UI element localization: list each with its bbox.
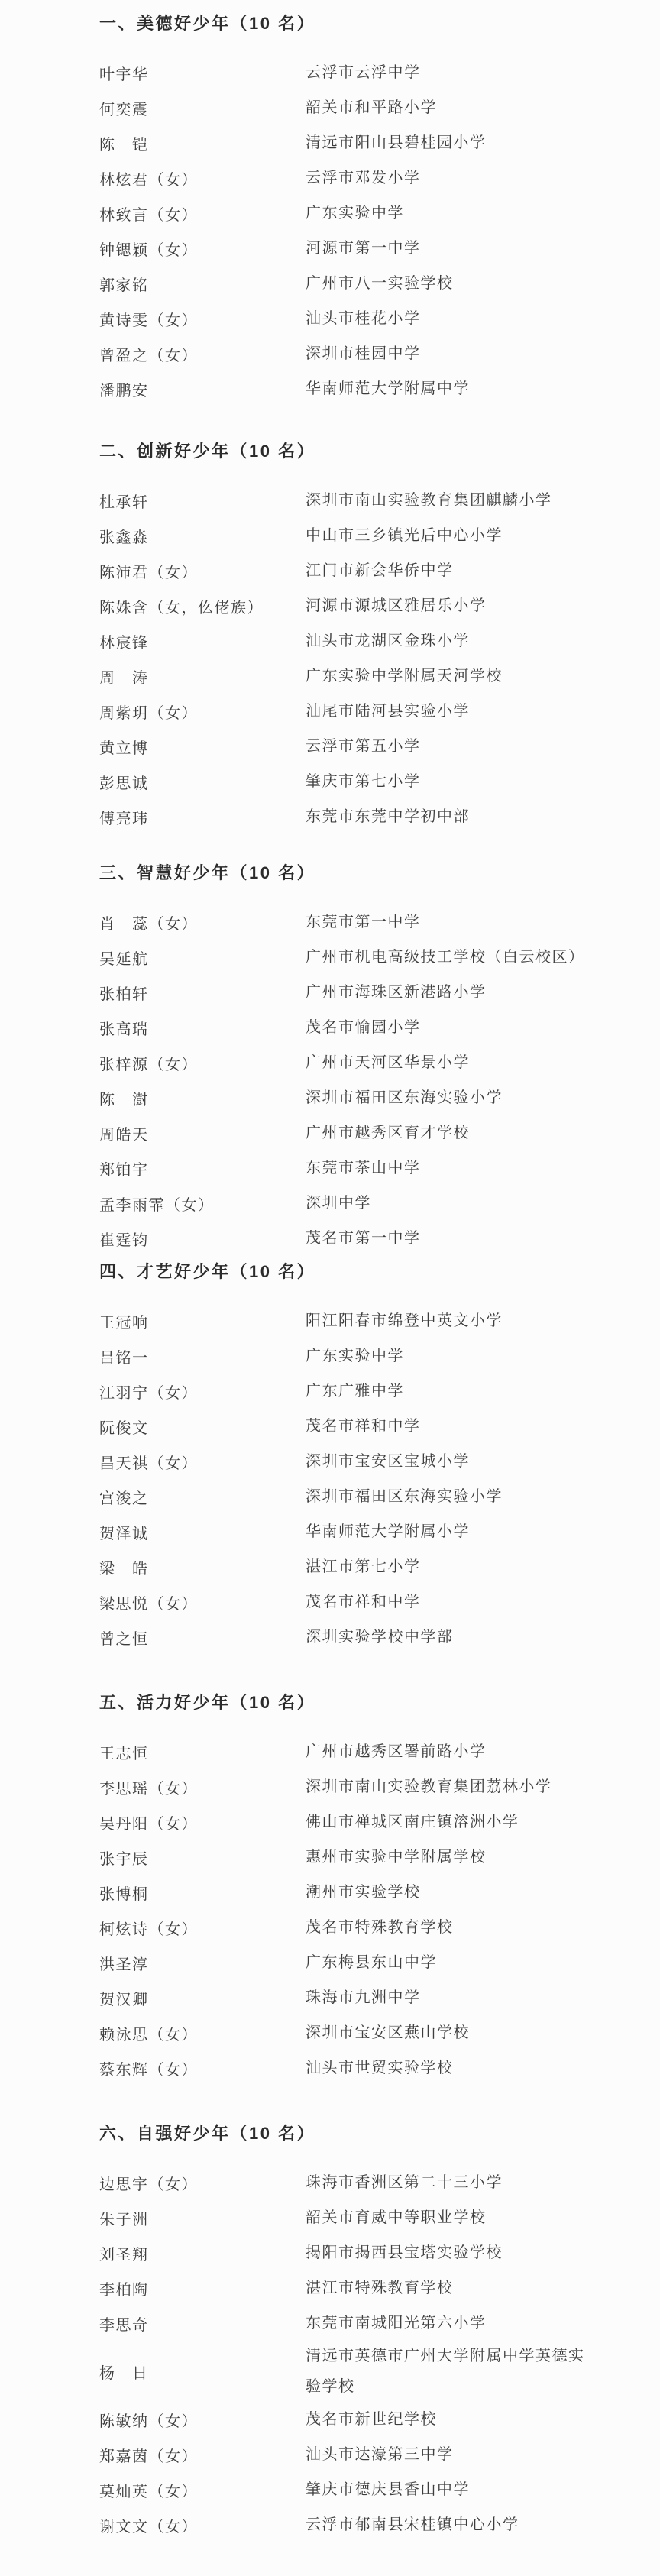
award-entry: 陈姝含（女，仫佬族）河源市源城区雅居乐小学 (99, 588, 622, 623)
student-name: 昌天祺（女） (99, 1451, 306, 1473)
section-entries: 叶宇华云浮市云浮中学何奕震韶关市和平路小学陈 铠清远市阳山县碧桂园小学林炫君（女… (99, 55, 622, 406)
award-section-3: 三、智慧好少年（10 名）肖 蕊（女）东莞市第一中学吴延航广州市机电高级技工学校… (99, 862, 622, 1256)
student-name: 傅亮玮 (99, 806, 306, 828)
student-name: 周 涛 (99, 665, 306, 688)
student-school: 惠州市实验中学附属学校 (306, 1842, 487, 1872)
award-entry: 周 涛广东实验中学附属天河学校 (99, 659, 622, 694)
award-entry: 吴延航广州市机电高级技工学校（白云校区） (99, 940, 622, 975)
student-school: 东莞市茶山中学 (306, 1153, 421, 1183)
student-name: 何奕震 (99, 97, 306, 119)
student-school: 清远市阳山县碧桂园小学 (306, 128, 487, 158)
award-entry: 赖泳思（女）深圳市宝安区燕山学校 (99, 2015, 622, 2050)
award-entry: 柯炫诗（女）茂名市特殊教育学校 (99, 1910, 622, 1945)
section-entries: 杜承轩深圳市南山实验教育集团麒麟小学张鑫淼中山市三乡镇光后中心小学陈沛君（女）江… (99, 483, 622, 834)
student-school: 广州市海珠区新港路小学 (306, 977, 487, 1008)
student-name: 李思瑶（女） (99, 1776, 306, 1798)
student-school: 云浮市郁南县宋桂镇中心小学 (306, 2510, 519, 2540)
student-name: 贺泽诚 (99, 1521, 306, 1543)
student-school: 茂名市祥和中学 (306, 1587, 421, 1617)
section-entries: 边思宇（女）珠海市香洲区第二十三小学朱子洲韶关市育威中等职业学校刘圣翔揭阳市揭西… (99, 2165, 622, 2542)
student-name: 李柏陶 (99, 2277, 306, 2299)
award-entry: 贺泽诚华南师范大学附属小学 (99, 1514, 622, 1549)
award-entry: 曾盈之（女）深圳市桂园中学 (99, 336, 622, 371)
student-school: 汕尾市陆河县实验小学 (306, 696, 470, 727)
award-entry: 崔霆钧茂名市第一中学 (99, 1221, 622, 1256)
award-entry: 杨 日清远市英德市广州大学附属中学英德实验学校 (99, 2341, 622, 2402)
student-name: 王冠响 (99, 1310, 306, 1332)
student-name: 杨 日 (99, 2361, 306, 2383)
award-entry: 张宇辰惠州市实验中学附属学校 (99, 1840, 622, 1875)
student-school: 广东实验中学附属天河学校 (306, 661, 503, 691)
student-name: 曾之恒 (99, 1626, 306, 1649)
student-school: 云浮市云浮中学 (306, 57, 421, 88)
student-school: 清远市英德市广州大学附属中学英德实验学校 (306, 2341, 590, 2402)
student-name: 刘圣翔 (99, 2242, 306, 2264)
award-entry: 孟李雨霏（女）深圳中学 (99, 1186, 622, 1221)
student-school: 茂名市第一中学 (306, 1223, 421, 1254)
student-school: 阳江阳春市绵登中英文小学 (306, 1306, 503, 1336)
section-entries: 王冠响阳江阳春市绵登中英文小学吕铭一广东实验中学江羽宁（女）广东广雅中学阮俊文茂… (99, 1303, 622, 1655)
student-name: 边思宇（女） (99, 2172, 306, 2194)
student-name: 谢文文（女） (99, 2514, 306, 2536)
student-school: 云浮市第五小学 (306, 731, 421, 762)
award-entry: 边思宇（女）珠海市香洲区第二十三小学 (99, 2165, 622, 2200)
award-entry: 郑铂宇东莞市茶山中学 (99, 1150, 622, 1186)
award-entry: 周皓天广州市越秀区育才学校 (99, 1115, 622, 1150)
section-heading: 一、美德好少年（10 名） (99, 12, 622, 35)
student-school: 深圳实验学校中学部 (306, 1622, 454, 1652)
student-name: 江羽宁（女） (99, 1380, 306, 1403)
award-entry: 张梓源（女）广州市天河区华景小学 (99, 1045, 622, 1080)
award-entry: 彭思诚肇庆市第七小学 (99, 764, 622, 799)
student-name: 周紫玥（女） (99, 701, 306, 723)
student-name: 阮俊文 (99, 1416, 306, 1438)
student-school: 河源市第一中学 (306, 233, 421, 264)
award-entry: 昌天祺（女）深圳市宝安区宝城小学 (99, 1444, 622, 1479)
award-section-6: 六、自强好少年（10 名）边思宇（女）珠海市香洲区第二十三小学朱子洲韶关市育威中… (99, 2122, 622, 2542)
award-entry: 林致言（女）广东实验中学 (99, 196, 622, 231)
award-section-1: 一、美德好少年（10 名）叶宇华云浮市云浮中学何奕震韶关市和平路小学陈 铠清远市… (99, 12, 622, 406)
student-name: 蔡东辉（女） (99, 2057, 306, 2079)
student-name: 张高瑞 (99, 1017, 306, 1039)
student-school: 广州市越秀区署前路小学 (306, 1736, 487, 1767)
award-entry: 林宸锋汕头市龙湖区金珠小学 (99, 623, 622, 659)
student-school: 深圳市福田区东海实验小学 (306, 1481, 503, 1512)
student-name: 肖 蕊（女） (99, 911, 306, 934)
student-name: 莫灿英（女） (99, 2479, 306, 2501)
student-name: 郑铂宇 (99, 1157, 306, 1180)
award-entry: 朱子洲韶关市育威中等职业学校 (99, 2200, 622, 2235)
student-school: 深圳市桂园中学 (306, 338, 421, 369)
student-name: 郑嘉茵（女） (99, 2444, 306, 2466)
student-name: 张博桐 (99, 1882, 306, 1904)
student-school: 茂名市祥和中学 (306, 1411, 421, 1442)
student-school: 湛江市特殊教育学校 (306, 2273, 454, 2303)
student-name: 吕铭一 (99, 1345, 306, 1367)
student-name: 黄诗雯（女） (99, 308, 306, 330)
award-entry: 吕铭一广东实验中学 (99, 1338, 622, 1374)
student-school: 东莞市南城阳光第六小学 (306, 2308, 487, 2338)
award-section-5: 五、活力好少年（10 名）王志恒广州市越秀区署前路小学李思瑶（女）深圳市南山实验… (99, 1691, 622, 2086)
student-school: 湛江市第七小学 (306, 1552, 421, 1582)
student-school: 汕头市桂花小学 (306, 303, 421, 334)
student-name: 杜承轩 (99, 490, 306, 512)
student-school: 广州市机电高级技工学校（白云校区） (306, 942, 585, 972)
award-entry: 曾之恒深圳实验学校中学部 (99, 1620, 622, 1655)
student-school: 广东广雅中学 (306, 1376, 404, 1406)
award-entry: 王冠响阳江阳春市绵登中英文小学 (99, 1303, 622, 1338)
award-entry: 肖 蕊（女）东莞市第一中学 (99, 905, 622, 940)
student-school: 广东实验中学 (306, 1341, 404, 1371)
student-name: 张宇辰 (99, 1846, 306, 1869)
student-school: 汕头市世贸实验学校 (306, 2053, 454, 2083)
award-entry: 郑嘉茵（女）汕头市达濠第三中学 (99, 2437, 622, 2472)
award-entry: 叶宇华云浮市云浮中学 (99, 55, 622, 90)
student-school: 汕头市达濠第三中学 (306, 2439, 454, 2470)
student-name: 张梓源（女） (99, 1052, 306, 1074)
student-school: 中山市三乡镇光后中心小学 (306, 520, 503, 551)
award-entry: 贺汉卿珠海市九洲中学 (99, 1980, 622, 2015)
award-entry: 张高瑞茂名市愉园小学 (99, 1010, 622, 1045)
award-entry: 陈敏纳（女）茂名市新世纪学校 (99, 2402, 622, 2437)
award-entry: 林炫君（女）云浮市邓发小学 (99, 160, 622, 196)
student-school: 韶关市育威中等职业学校 (306, 2202, 487, 2233)
student-name: 贺汉卿 (99, 1987, 306, 2009)
student-school: 茂名市新世纪学校 (306, 2404, 437, 2435)
student-school: 广州市越秀区育才学校 (306, 1118, 470, 1148)
award-entry: 梁思悦（女）茂名市祥和中学 (99, 1584, 622, 1620)
student-name: 宫浚之 (99, 1486, 306, 1508)
award-entry: 黄立博云浮市第五小学 (99, 729, 622, 764)
section-heading: 五、活力好少年（10 名） (99, 1691, 622, 1714)
award-entry: 谢文文（女）云浮市郁南县宋桂镇中心小学 (99, 2507, 622, 2542)
section-entries: 肖 蕊（女）东莞市第一中学吴延航广州市机电高级技工学校（白云校区）张柏轩广州市海… (99, 905, 622, 1256)
award-entry: 陈 澍深圳市福田区东海实验小学 (99, 1080, 622, 1115)
award-entry: 郭家铭广州市八一实验学校 (99, 266, 622, 301)
student-school: 云浮市邓发小学 (306, 163, 421, 193)
student-name: 陈 铠 (99, 132, 306, 154)
student-name: 李思奇 (99, 2312, 306, 2335)
student-name: 钟锶颖（女） (99, 238, 306, 260)
award-section-2: 二、创新好少年（10 名）杜承轩深圳市南山实验教育集团麒麟小学张鑫淼中山市三乡镇… (99, 440, 622, 834)
student-name: 潘鹏安 (99, 378, 306, 400)
student-school: 深圳市宝安区燕山学校 (306, 2018, 470, 2048)
award-entry: 李思奇东莞市南城阳光第六小学 (99, 2306, 622, 2341)
award-list-document: 一、美德好少年（10 名）叶宇华云浮市云浮中学何奕震韶关市和平路小学陈 铠清远市… (0, 0, 660, 2576)
student-name: 叶宇华 (99, 62, 306, 84)
award-entry: 江羽宁（女）广东广雅中学 (99, 1374, 622, 1409)
student-name: 梁 皓 (99, 1556, 306, 1578)
award-entry: 张柏轩广州市海珠区新港路小学 (99, 975, 622, 1010)
award-entry: 吴丹阳（女）佛山市禅城区南庄镇溶洲小学 (99, 1804, 622, 1840)
award-section-4: 四、才艺好少年（10 名）王冠响阳江阳春市绵登中英文小学吕铭一广东实验中学江羽宁… (99, 1260, 622, 1655)
section-heading: 四、才艺好少年（10 名） (99, 1260, 622, 1283)
student-school: 深圳市南山实验教育集团麒麟小学 (306, 485, 552, 516)
student-school: 潮州市实验学校 (306, 1877, 421, 1908)
student-school: 深圳市宝安区宝城小学 (306, 1446, 470, 1477)
student-school: 揭阳市揭西县宝塔实验学校 (306, 2238, 503, 2268)
student-school: 广东实验中学 (306, 198, 404, 228)
award-entry: 黄诗雯（女）汕头市桂花小学 (99, 301, 622, 336)
student-name: 张柏轩 (99, 982, 306, 1004)
award-entry: 洪圣淳广东梅县东山中学 (99, 1945, 622, 1980)
award-entry: 宫浚之深圳市福田区东海实验小学 (99, 1479, 622, 1514)
award-entry: 周紫玥（女）汕尾市陆河县实验小学 (99, 694, 622, 729)
award-entry: 李柏陶湛江市特殊教育学校 (99, 2270, 622, 2306)
award-entry: 李思瑶（女）深圳市南山实验教育集团荔林小学 (99, 1769, 622, 1804)
student-name: 陈姝含（女，仫佬族） (99, 595, 306, 617)
award-entry: 陈 铠清远市阳山县碧桂园小学 (99, 125, 622, 160)
student-name: 柯炫诗（女） (99, 1917, 306, 1939)
award-entry: 钟锶颖（女）河源市第一中学 (99, 231, 622, 266)
student-name: 林宸锋 (99, 630, 306, 652)
student-school: 韶关市和平路小学 (306, 92, 437, 123)
student-school: 佛山市禅城区南庄镇溶洲小学 (306, 1807, 519, 1837)
award-entry: 莫灿英（女）肇庆市德庆县香山中学 (99, 2472, 622, 2507)
student-school: 肇庆市第七小学 (306, 766, 421, 797)
student-school: 河源市源城区雅居乐小学 (306, 591, 487, 621)
student-name: 孟李雨霏（女） (99, 1193, 306, 1215)
student-name: 林炫君（女） (99, 167, 306, 189)
student-name: 陈沛君（女） (99, 560, 306, 582)
student-name: 陈敏纳（女） (99, 2409, 306, 2431)
student-school: 东莞市第一中学 (306, 907, 421, 937)
section-entries: 王志恒广州市越秀区署前路小学李思瑶（女）深圳市南山实验教育集团荔林小学吴丹阳（女… (99, 1734, 622, 2086)
award-entry: 陈沛君（女）江门市新会华侨中学 (99, 553, 622, 588)
student-name: 周皓天 (99, 1122, 306, 1144)
student-school: 深圳市南山实验教育集团荔林小学 (306, 1772, 552, 1802)
award-entry: 张博桐潮州市实验学校 (99, 1875, 622, 1910)
student-school: 珠海市香洲区第二十三小学 (306, 2167, 503, 2198)
award-entry: 何奕震韶关市和平路小学 (99, 90, 622, 125)
section-heading: 三、智慧好少年（10 名） (99, 862, 622, 885)
section-heading: 六、自强好少年（10 名） (99, 2122, 622, 2145)
award-entry: 梁 皓湛江市第七小学 (99, 1549, 622, 1584)
student-name: 朱子洲 (99, 2207, 306, 2229)
student-school: 珠海市九洲中学 (306, 1982, 421, 2013)
student-school: 汕头市龙湖区金珠小学 (306, 626, 470, 656)
student-school: 华南师范大学附属小学 (306, 1516, 470, 1547)
award-entry: 傅亮玮东莞市东莞中学初中部 (99, 799, 622, 834)
student-school: 茂名市愉园小学 (306, 1012, 421, 1043)
student-school: 华南师范大学附属中学 (306, 374, 470, 404)
student-school: 广东梅县东山中学 (306, 1947, 437, 1978)
award-entry: 刘圣翔揭阳市揭西县宝塔实验学校 (99, 2235, 622, 2270)
award-entry: 阮俊文茂名市祥和中学 (99, 1409, 622, 1444)
student-name: 陈 澍 (99, 1087, 306, 1109)
student-name: 郭家铭 (99, 273, 306, 295)
student-school: 广州市天河区华景小学 (306, 1047, 470, 1078)
award-entry: 杜承轩深圳市南山实验教育集团麒麟小学 (99, 483, 622, 518)
student-name: 林致言（女） (99, 202, 306, 225)
student-school: 广州市八一实验学校 (306, 268, 454, 299)
student-name: 吴丹阳（女） (99, 1811, 306, 1833)
student-name: 王志恒 (99, 1741, 306, 1763)
award-entry: 张鑫淼中山市三乡镇光后中心小学 (99, 518, 622, 553)
student-name: 洪圣淳 (99, 1952, 306, 1974)
student-name: 吴延航 (99, 947, 306, 969)
student-name: 赖泳思（女） (99, 2022, 306, 2044)
student-name: 彭思诚 (99, 771, 306, 793)
award-entry: 潘鹏安华南师范大学附属中学 (99, 371, 622, 406)
student-school: 深圳中学 (306, 1188, 371, 1218)
award-entry: 王志恒广州市越秀区署前路小学 (99, 1734, 622, 1769)
student-school: 茂名市特殊教育学校 (306, 1912, 454, 1943)
student-name: 梁思悦（女） (99, 1591, 306, 1613)
award-entry: 蔡东辉（女）汕头市世贸实验学校 (99, 2050, 622, 2086)
student-name: 黄立博 (99, 736, 306, 758)
student-school: 东莞市东莞中学初中部 (306, 801, 470, 832)
student-name: 曾盈之（女） (99, 343, 306, 365)
student-school: 深圳市福田区东海实验小学 (306, 1083, 503, 1113)
section-heading: 二、创新好少年（10 名） (99, 440, 622, 463)
student-name: 张鑫淼 (99, 525, 306, 547)
student-name: 崔霆钧 (99, 1228, 306, 1250)
student-school: 江门市新会华侨中学 (306, 555, 454, 586)
student-school: 肇庆市德庆县香山中学 (306, 2474, 470, 2505)
